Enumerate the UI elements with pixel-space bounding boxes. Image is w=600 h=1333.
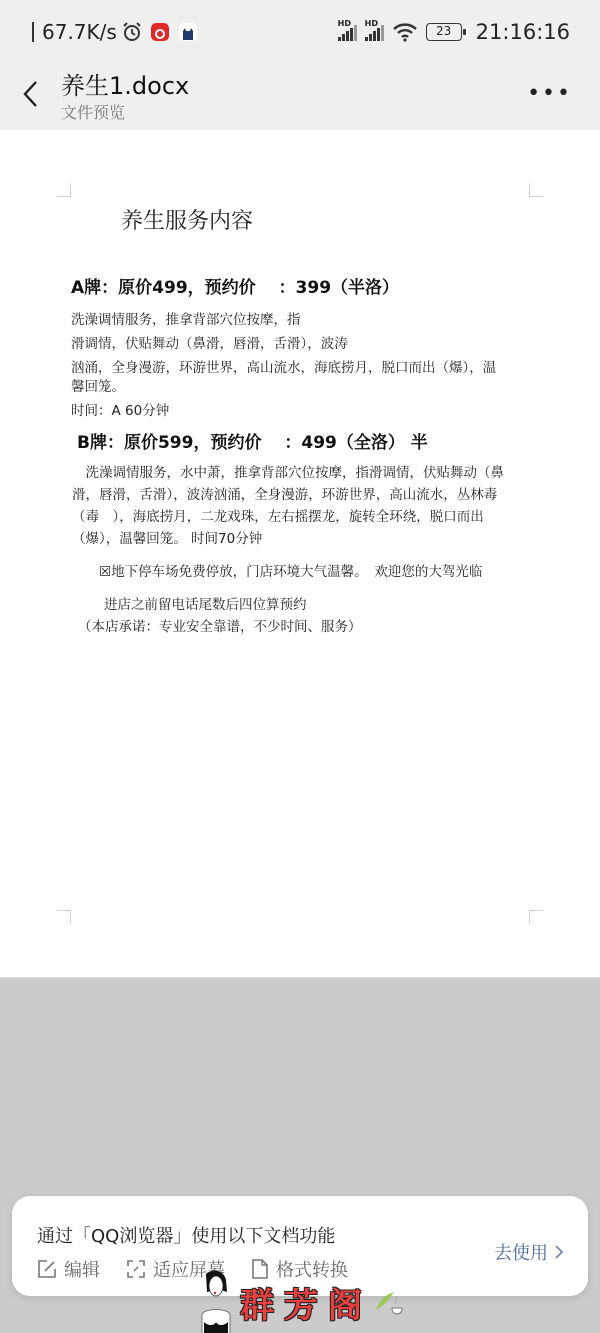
brand-a-line: 洗澡调情服务，推拿背部穴位按摩，指 xyxy=(71,308,301,328)
banner-message: 通过「QQ浏览器」使用以下文档功能 xyxy=(37,1222,335,1248)
page-corner-mark xyxy=(57,910,71,924)
wifi-icon xyxy=(392,22,418,42)
brand-a-line: 汹涌，全身漫游，环游世界，高山流水，海底捞月，脱口而出（爆），温 xyxy=(71,356,496,376)
brand-a-time: 时间：A 60分钟 xyxy=(71,399,169,419)
alarm-icon xyxy=(121,21,143,43)
brand-b-paragraph: 洗澡调情服务，水中萧，推拿背部穴位按摩，指滑调情，伏贴舞动（鼻滑，唇滑，舌滑），… xyxy=(72,462,530,550)
cat-app-icon xyxy=(179,23,197,41)
hd-signal-icon-2: HD xyxy=(365,23,384,41)
file-subtitle: 文件预览 xyxy=(61,100,125,123)
nav-bar: 养生1.docx 文件预览 ••• xyxy=(0,60,600,130)
brand-b-title: B牌：原价599，预约价 ：499（全洛） 半 xyxy=(77,428,428,453)
edit-icon xyxy=(37,1259,57,1279)
document-page: 养生服务内容 A牌：原价499，预约价 ：399（半洛） 洗澡调情服务，推拿背部… xyxy=(0,130,600,978)
brand-a-line: 滑调情，伏贴舞动（鼻滑，唇滑，舌滑），波涛 xyxy=(71,332,348,352)
clock: 21:16:16 xyxy=(476,20,570,44)
tea-leaf-icon xyxy=(374,1286,404,1316)
file-title: 养生1.docx xyxy=(61,66,189,101)
net-speed: 67.7K/s xyxy=(42,20,117,44)
chevron-right-icon xyxy=(554,1244,564,1260)
battery-icon: 23 xyxy=(426,23,462,41)
page-corner-mark xyxy=(529,183,543,197)
figure-illustration-icon xyxy=(196,1270,236,1333)
hd-signal-icon-1: HD xyxy=(338,23,357,41)
doc-heading: 养生服务内容 xyxy=(121,204,253,235)
feature-edit[interactable]: 编辑 xyxy=(37,1256,100,1282)
brand-a-line: 馨回笼。 xyxy=(71,375,125,395)
fit-screen-icon xyxy=(126,1259,146,1279)
more-dots-icon[interactable]: ••• xyxy=(527,90,572,98)
top-bar: 67.7K/s HD HD 23 21:16:16 养生1.docx 文件预览 … xyxy=(0,0,600,130)
page-corner-mark xyxy=(57,183,71,197)
watermark-text: 群芳阁 xyxy=(240,1278,372,1327)
parking-line: ☒地下停车场免费停放，门店环境大气温馨。 欢迎您的大驾光临 xyxy=(99,560,482,580)
go-use-button[interactable]: 去使用 xyxy=(494,1239,564,1265)
status-divider xyxy=(32,22,34,42)
status-bar: 67.7K/s HD HD 23 21:16:16 xyxy=(0,18,600,50)
netease-music-icon xyxy=(151,23,169,41)
chevron-left-icon[interactable] xyxy=(18,76,46,112)
brand-a-title: A牌：原价499，预约价 ：399（半洛） xyxy=(71,273,399,298)
page-corner-mark xyxy=(529,910,543,924)
reservation-line: 进店之前留电话尾数后四位算预约 xyxy=(104,593,307,613)
promise-line: （本店承诺：专业安全靠谱，不少时间、服务） xyxy=(78,615,362,635)
watermark-overlay: 群芳阁 xyxy=(196,1270,406,1333)
